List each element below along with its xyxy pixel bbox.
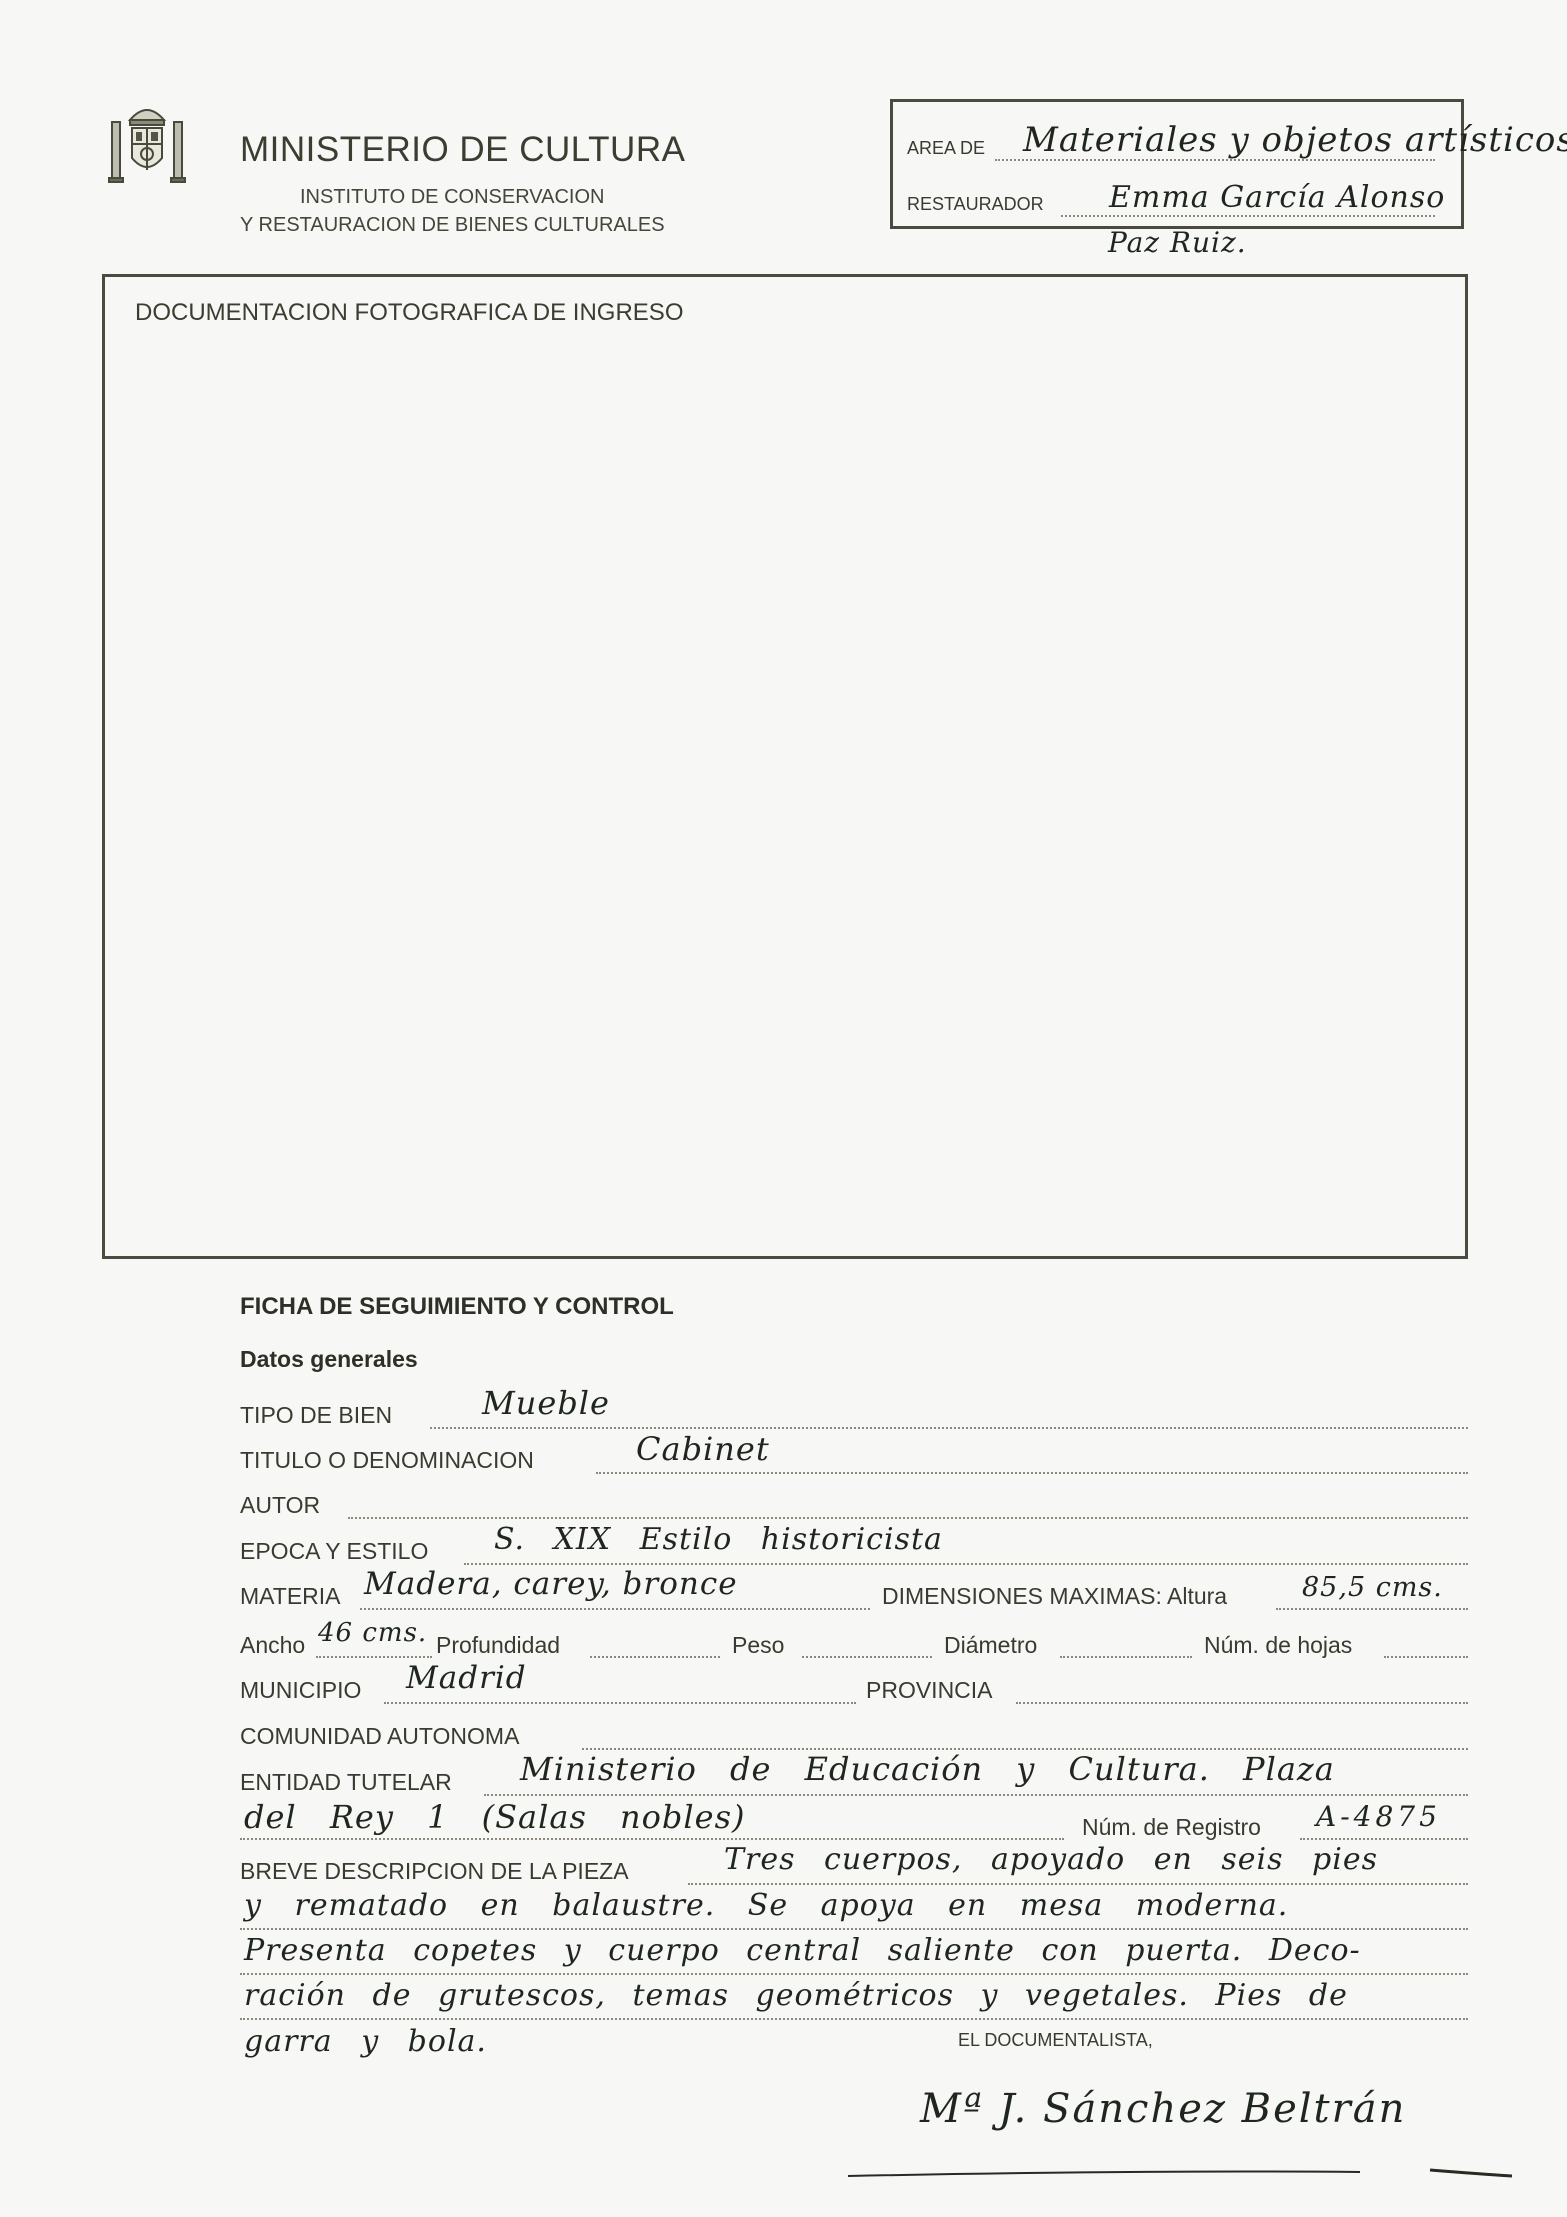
entidad-field-line-2[interactable]: del Rey 1 (Salas nobles) bbox=[244, 1798, 745, 1836]
area-box: AREA DE Materiales y objetos artísticos … bbox=[890, 99, 1464, 229]
form-subtitle: Datos generales bbox=[240, 1346, 418, 1373]
registro-label: Núm. de Registro bbox=[1082, 1814, 1261, 1841]
entidad-label: ENTIDAD TUTELAR bbox=[240, 1769, 452, 1796]
descripcion-line-4[interactable]: ración de grutescos, temas geométricos y… bbox=[244, 1978, 1348, 2013]
institute-line-1: INSTITUTO DE CONSERVACION bbox=[300, 186, 604, 209]
titulo-label: TITULO O DENOMINACION bbox=[240, 1447, 534, 1474]
restaurador-extra[interactable]: Paz Ruiz. bbox=[1108, 226, 1247, 259]
descripcion-line-1[interactable]: Tres cuerpos, apoyado en seis pies bbox=[724, 1842, 1378, 1877]
provincia-label: PROVINCIA bbox=[866, 1677, 993, 1704]
peso-label: Peso bbox=[732, 1632, 784, 1659]
restaurador-label: RESTAURADOR bbox=[907, 194, 1044, 215]
area-value[interactable]: Materiales y objetos artísticos bbox=[1023, 120, 1567, 160]
municipio-field[interactable]: Madrid bbox=[406, 1660, 527, 1696]
dimensiones-label: DIMENSIONES MAXIMAS: Altura bbox=[882, 1583, 1227, 1610]
documentalista-signature[interactable]: Mª J. Sánchez Beltrán bbox=[920, 2086, 1406, 2132]
ancho-field[interactable]: 46 cms. bbox=[318, 1618, 427, 1648]
hojas-label: Núm. de hojas bbox=[1204, 1632, 1352, 1659]
materia-field[interactable]: Madera, carey, bronce bbox=[364, 1566, 738, 1602]
area-label: AREA DE bbox=[907, 138, 985, 159]
coat-of-arms-icon bbox=[106, 98, 188, 186]
descripcion-line-2[interactable]: y rematado en balaustre. Se apoya en mes… bbox=[244, 1888, 1288, 1923]
photo-documentation-area: DOCUMENTACION FOTOGRAFICA DE INGRESO bbox=[102, 274, 1468, 1259]
signature-underline bbox=[840, 2166, 1520, 2182]
municipio-label: MUNICIPIO bbox=[240, 1677, 361, 1704]
materia-label: MATERIA bbox=[240, 1583, 341, 1610]
altura-field[interactable]: 85,5 cms. bbox=[1302, 1572, 1443, 1603]
photo-section-title: DOCUMENTACION FOTOGRAFICA DE INGRESO bbox=[135, 299, 683, 327]
tipo-de-bien-field[interactable]: Mueble bbox=[482, 1384, 610, 1422]
ancho-label: Ancho bbox=[240, 1632, 305, 1659]
descripcion-line-3[interactable]: Presenta copetes y cuerpo central salien… bbox=[244, 1933, 1361, 1968]
registro-field[interactable]: A-4875 bbox=[1316, 1800, 1441, 1833]
autor-label: AUTOR bbox=[240, 1492, 320, 1519]
descripcion-label: BREVE DESCRIPCION DE LA PIEZA bbox=[240, 1858, 629, 1885]
entidad-field-line-1[interactable]: Ministerio de Educación y Cultura. Plaza bbox=[520, 1750, 1335, 1788]
documentalista-label: EL DOCUMENTALISTA, bbox=[958, 2030, 1153, 2051]
profundidad-label: Profundidad bbox=[436, 1632, 560, 1659]
diametro-label: Diámetro bbox=[944, 1632, 1037, 1659]
tipo-de-bien-label: TIPO DE BIEN bbox=[240, 1402, 392, 1429]
descripcion-line-5[interactable]: garra y bola. bbox=[244, 2024, 487, 2059]
institute-line-2: Y RESTAURACION DE BIENES CULTURALES bbox=[240, 214, 665, 237]
titulo-field[interactable]: Cabinet bbox=[636, 1430, 770, 1468]
epoca-label: EPOCA Y ESTILO bbox=[240, 1538, 428, 1565]
comunidad-label: COMUNIDAD AUTONOMA bbox=[240, 1723, 519, 1750]
ministry-title: MINISTERIO DE CULTURA bbox=[240, 130, 685, 170]
epoca-field[interactable]: S. XIX Estilo historicista bbox=[494, 1522, 943, 1557]
form-title: FICHA DE SEGUIMIENTO Y CONTROL bbox=[240, 1293, 674, 1321]
restaurador-value[interactable]: Emma García Alonso bbox=[1109, 180, 1445, 215]
